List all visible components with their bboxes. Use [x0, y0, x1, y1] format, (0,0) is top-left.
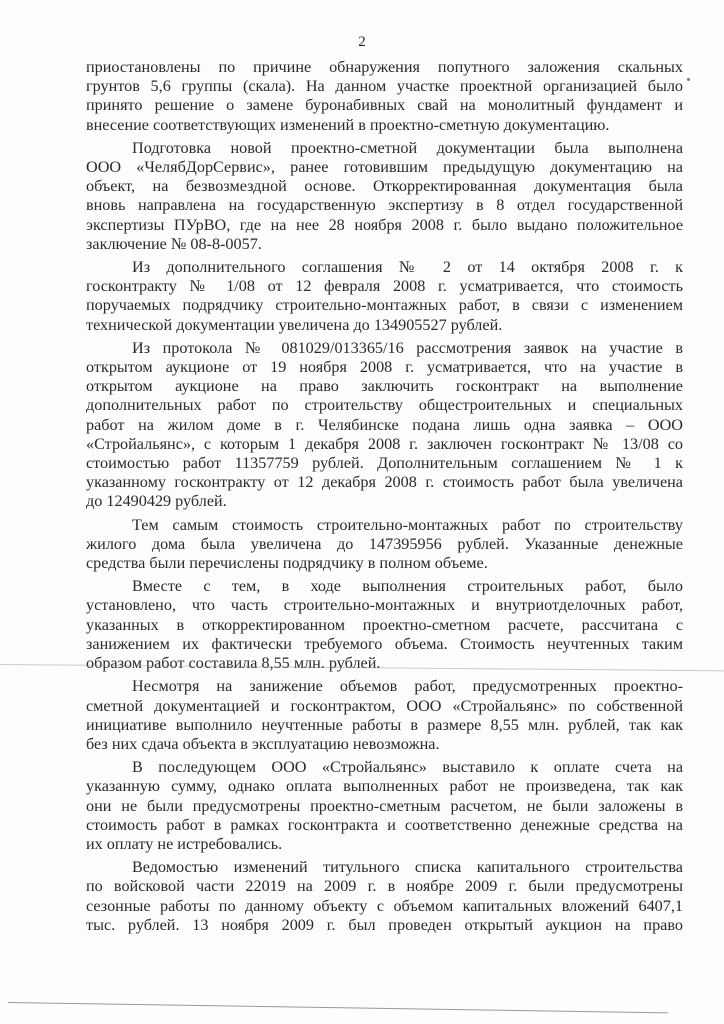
- text-line: средства были перечислены подрядчику в п…: [86, 554, 683, 573]
- paragraph-5: Тем самым стоимость строительно-монтажны…: [86, 516, 683, 574]
- text-line: экспертизы ПУрВО, где на нее 28 ноября 2…: [86, 216, 683, 235]
- text-line: поручаемых подрядчику строительно-монтаж…: [86, 296, 683, 315]
- text-line: ООО «ЧелябДорСервис», ранее готовившим п…: [86, 158, 683, 177]
- text-line: образом работ составила 8,55 млн. рублей…: [86, 654, 683, 673]
- page-number: 2: [0, 33, 724, 51]
- text-line: Несмотря на занижение объемов работ, пре…: [86, 677, 683, 696]
- text-line: внесение соответствующих изменений в про…: [86, 116, 683, 135]
- paragraph-4: Из протокола № 081029/013365/16 рассмотр…: [86, 339, 683, 512]
- text-line: госконтракту № 1/08 от 12 февраля 2008 г…: [86, 277, 683, 296]
- text-line: объект, на безвозмездной основе. Откорре…: [86, 177, 683, 196]
- paragraph-7: Несмотря на занижение объемов работ, пре…: [86, 677, 683, 754]
- text-line: Ведомостью изменений титульного списка к…: [86, 858, 683, 877]
- text-line: вновь направлена на государственную эксп…: [86, 196, 683, 215]
- text-line: Из дополнительного соглашения № 2 от 14 …: [86, 258, 683, 277]
- text-line: грунтов 5,6 группы (скала). На данном уч…: [86, 77, 683, 96]
- scan-speck: [687, 78, 690, 81]
- text-line: В последующем ООО «Стройальянс» выставил…: [86, 758, 683, 777]
- text-line: Подготовка новой проектно-сметной докуме…: [86, 139, 683, 158]
- text-line: их оплату не истребовались.: [86, 835, 683, 854]
- text-line: тыс. рублей. 13 ноября 2009 г. был прове…: [86, 916, 683, 935]
- text-line: заключение № 08-8-0057.: [86, 235, 683, 254]
- text-line: установлено, что часть строительно-монта…: [86, 596, 683, 615]
- text-line: стоимость работ в рамках госконтракта и …: [86, 816, 683, 835]
- text-line: без них сдача объекта в эксплуатацию нев…: [86, 735, 683, 754]
- paragraph-1: приостановлены по причине обнаружения по…: [86, 58, 683, 135]
- text-line: Тем самым стоимость строительно-монтажны…: [86, 516, 683, 535]
- text-line: до 12490429 рублей.: [86, 492, 683, 511]
- text-line: открытом аукционе от 19 ноября 2008 г. у…: [86, 358, 683, 377]
- text-line: инициативе выполнило неучтенные работы в…: [86, 716, 683, 735]
- text-line: жилого дома была увеличена до 147395956 …: [86, 535, 683, 554]
- text-line: стоимостью работ 11357759 рублей. Дополн…: [86, 454, 683, 473]
- paragraph-6: Вместе с тем, в ходе выполнения строител…: [86, 577, 683, 673]
- text-line: по войсковой части 22019 на 2009 г. в но…: [86, 877, 683, 896]
- text-line: указанных в откорректированном проектно-…: [86, 616, 683, 635]
- text-line: дополнительных работ по строительству об…: [86, 396, 683, 415]
- text-line: «Стройальянс», с которым 1 декабря 2008 …: [86, 435, 683, 454]
- text-line: указанному госконтракту от 12 декабря 20…: [86, 473, 683, 492]
- paragraph-9: Ведомостью изменений титульного списка к…: [86, 858, 683, 935]
- text-line: технической документации увеличена до 13…: [86, 316, 683, 335]
- text-line: приостановлены по причине обнаружения по…: [86, 58, 683, 77]
- text-line: они не были предусмотрены проектно-сметн…: [86, 797, 683, 816]
- text-line: принято решение о замене буронабивных св…: [86, 96, 683, 115]
- paragraph-3: Из дополнительного соглашения № 2 от 14 …: [86, 258, 683, 335]
- text-line: занижением их фактически требуемого объе…: [86, 635, 683, 654]
- text-line: сметной документацией и госконтрактом, О…: [86, 697, 683, 716]
- text-line: открытом аукционе на право заключить гос…: [86, 377, 683, 396]
- text-line: Из протокола № 081029/013365/16 рассмотр…: [86, 339, 683, 358]
- scan-edge-line: [8, 1002, 668, 1013]
- document-body: приостановлены по причине обнаружения по…: [86, 58, 683, 935]
- text-line: работ на жилом доме в г. Челябинске пода…: [86, 416, 683, 435]
- text-line: Вместе с тем, в ходе выполнения строител…: [86, 577, 683, 596]
- paragraph-8: В последующем ООО «Стройальянс» выставил…: [86, 758, 683, 854]
- paragraph-2: Подготовка новой проектно-сметной докуме…: [86, 139, 683, 254]
- text-line: сезонные работы по данному объекту с объ…: [86, 897, 683, 916]
- text-line: указанную сумму, однако оплата выполненн…: [86, 777, 683, 796]
